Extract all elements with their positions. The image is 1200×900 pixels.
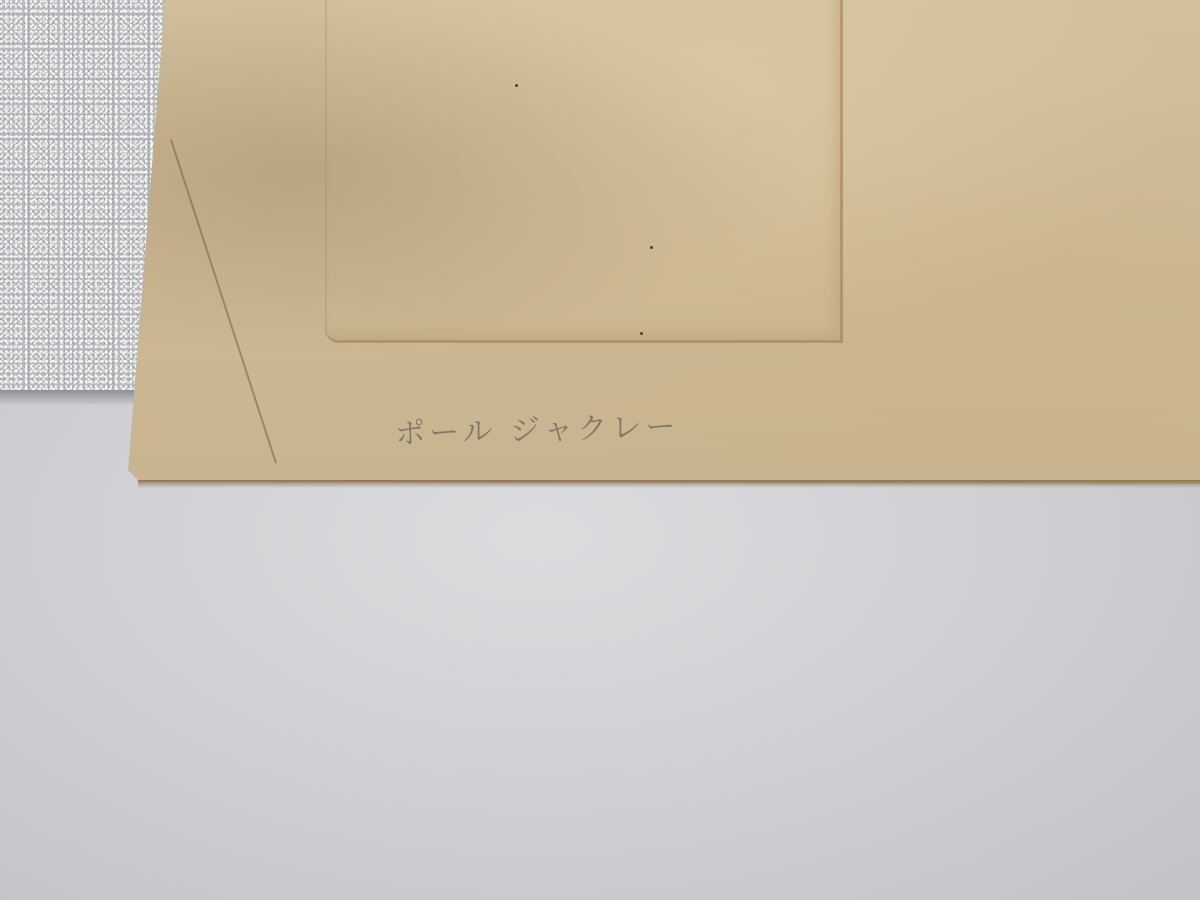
pencil-signature: ポール ジャクレー [394, 401, 679, 452]
backdrop-edge [0, 390, 140, 404]
paper-speck [650, 246, 653, 249]
paper-crease [170, 139, 277, 463]
paper-speck [640, 332, 643, 335]
embossed-plate-mark [325, 0, 843, 343]
paper-speck [515, 84, 518, 87]
aged-paper-print: ポール ジャクレー [0, 0, 1200, 490]
paper-edge-shadow [138, 480, 1200, 488]
